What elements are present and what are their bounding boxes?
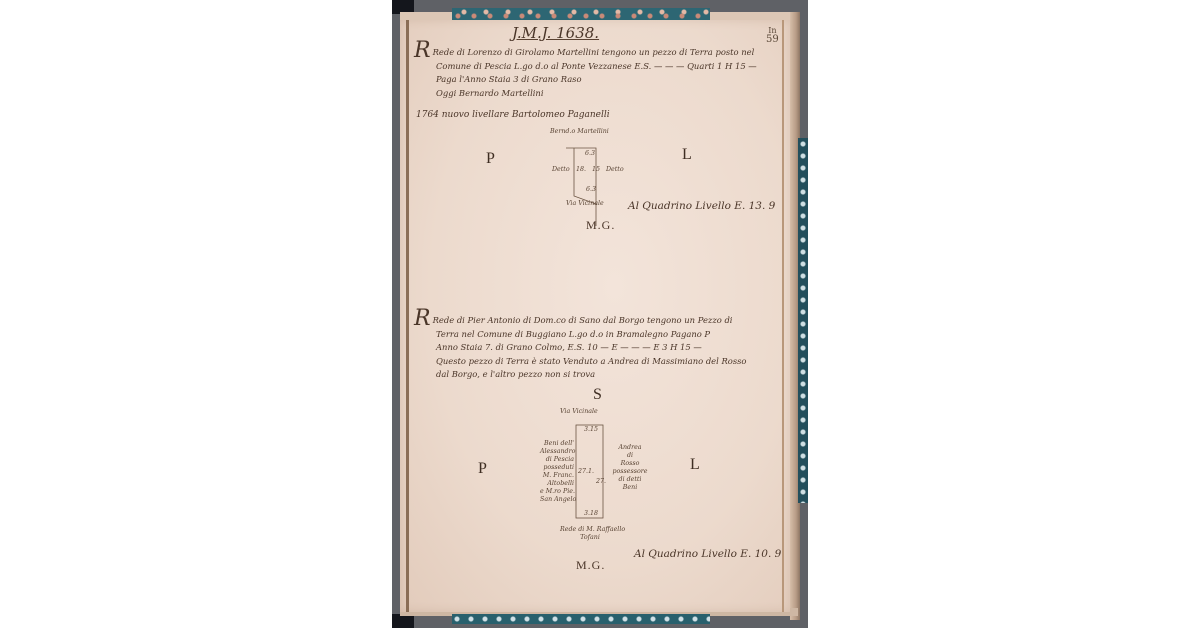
plot-1-compass-bottom: M.G. bbox=[586, 218, 615, 233]
entry-1-line-3: Paga l'Anno Staia 3 di Grano Raso bbox=[414, 73, 757, 87]
entry-2-line-2: Terra nel Comune di Buggiano L.go d.o in… bbox=[414, 328, 746, 342]
entry-1-paragraph: RRede di Lorenzo di Girolamo Martellini … bbox=[414, 44, 757, 100]
plot-2-compass-left: P bbox=[478, 460, 487, 478]
plot-2-compass-top: S bbox=[593, 386, 602, 404]
plot-1-top-measure: 6.3 bbox=[585, 150, 595, 158]
plot-1-quadrino-note: Al Quadrino Livello E. 13. 9 bbox=[628, 200, 775, 212]
plot-1-right-measure: 15 bbox=[592, 166, 600, 174]
plot-2-top-label: Via Vicinale bbox=[560, 408, 598, 416]
plot-2-top-measure: 3.15 bbox=[584, 426, 598, 434]
entry-2-line-5: dal Borgo, e l'altro pezzo non si trova bbox=[414, 368, 746, 382]
entry-2-paragraph: RRede di Pier Antonio di Dom.co di Sano … bbox=[414, 312, 746, 382]
entry-1-addendum: 1764 nuovo livellare Bartolomeo Paganell… bbox=[416, 110, 610, 120]
plot-2-compass-bottom: M.G. bbox=[576, 558, 605, 573]
plot-2-bottom-measure: 3.18 bbox=[584, 510, 598, 518]
plot-1-bottom-label: Via Vicinale bbox=[566, 200, 604, 208]
entry-1-line-2: Comune di Pescia L.go d.o al Ponte Vezza… bbox=[414, 60, 757, 74]
plot-2-right-label: Andrea di Rosso possessore di detti Beni bbox=[612, 444, 648, 492]
plot-1-left-measure: 18. bbox=[576, 166, 586, 174]
plot-1-top-label: Bernd.o Martellini bbox=[550, 128, 609, 136]
plot-1-compass-right: L bbox=[682, 146, 692, 164]
plot-1-compass-left: P bbox=[486, 150, 495, 168]
plot-2-left-label: Beni dell' Alessandro di Pescia possedut… bbox=[540, 440, 574, 504]
plot-2-bottom-label: Rede di M. Raffaello Tofani bbox=[560, 526, 620, 542]
plot-2-left-measure: 27.1. bbox=[578, 468, 594, 476]
plot-2-compass-right: L bbox=[690, 456, 700, 474]
page-heading-invocation: J.M.J. 1638. bbox=[512, 24, 599, 42]
folio-number: In 59 bbox=[766, 26, 779, 44]
scan-viewer: J.M.J. 1638. In 59 RRede di Lorenzo di G… bbox=[0, 0, 1200, 628]
folio-value: 59 bbox=[766, 35, 779, 44]
plot-1-bottom-measure: 6.3 bbox=[586, 186, 596, 194]
manuscript-page: J.M.J. 1638. In 59 RRede di Lorenzo di G… bbox=[400, 20, 790, 612]
margin-rule-right bbox=[782, 20, 784, 612]
entry-1-line-4: Oggi Bernardo Martellini bbox=[414, 87, 757, 101]
plot-2-right-measure: 27. bbox=[596, 478, 606, 486]
plot-1-left-label: Detto bbox=[552, 166, 570, 174]
entry-2-line-3: Anno Staia 7. di Grano Colmo, E.S. 10 — … bbox=[414, 341, 746, 355]
decorative-initial-r: R bbox=[414, 312, 431, 325]
plot-2-quadrino-note: Al Quadrino Livello E. 10. 9 bbox=[634, 548, 781, 560]
entry-1-line-1: RRede di Lorenzo di Girolamo Martellini … bbox=[414, 44, 757, 60]
marbled-edge-right bbox=[798, 138, 808, 503]
entry-2-line-4: Questo pezzo di Terra è stato Venduto a … bbox=[414, 355, 746, 369]
marbled-edge-bottom bbox=[452, 614, 710, 624]
margin-rule-left bbox=[406, 20, 409, 612]
plot-1-right-label: Detto bbox=[606, 166, 624, 174]
scanner-shadow-bottom bbox=[392, 614, 414, 628]
decorative-initial-r: R bbox=[414, 44, 431, 57]
entry-2-line-1: RRede di Pier Antonio di Dom.co di Sano … bbox=[414, 312, 746, 328]
